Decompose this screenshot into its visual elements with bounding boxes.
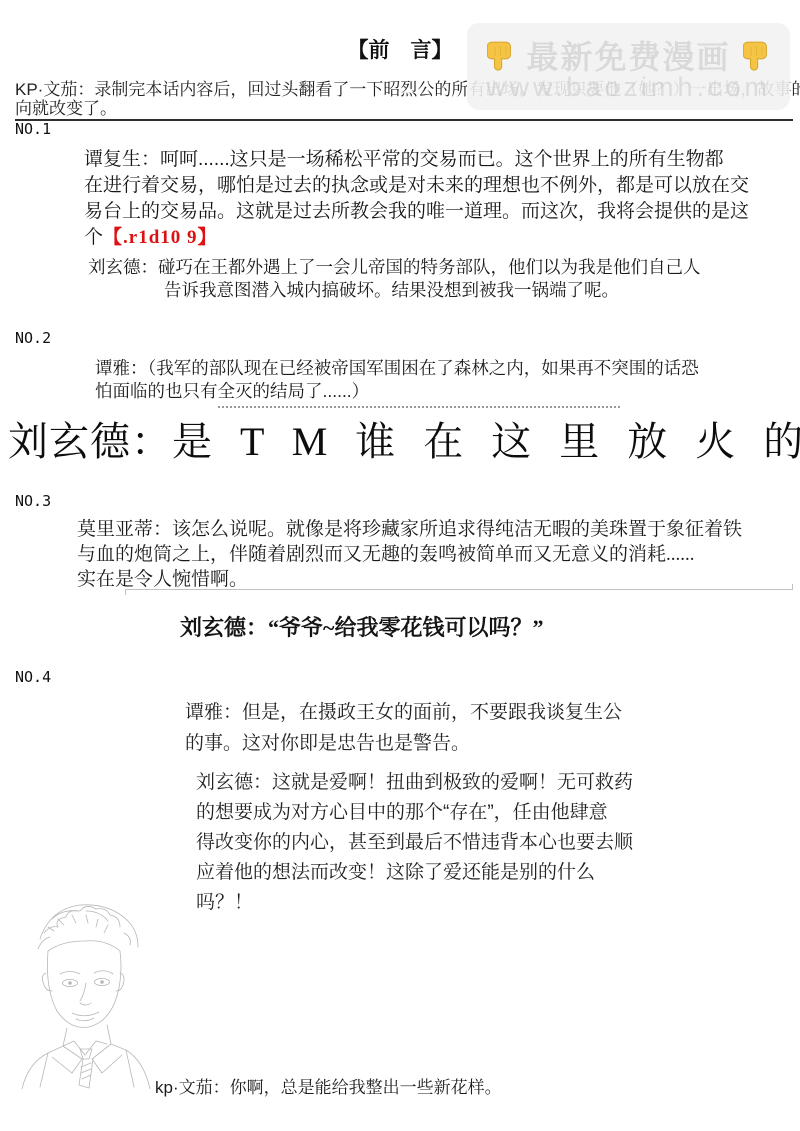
- dialogue-line: 个【.r1d10 9】: [84, 225, 749, 251]
- watermark-banner: 最新免费漫画 www.baozimh.com: [467, 23, 790, 110]
- kp-note-bottom: kp·文茄：你啊，总是能给我整出一些新花样。: [155, 1073, 502, 1098]
- dialogue-line: 莫里亚蒂：该怎么说呢。就像是将珍藏家所追求得纯洁无暇的美珠置于象征着铁: [77, 517, 742, 542]
- dialogue-line: 怕面临的也只有全灭的结局了......）: [95, 380, 699, 403]
- dialogue-line: 告诉我意图潜入城内搞破坏。结果没想到被我一锅端了呢。: [164, 279, 701, 302]
- section-label-no4: NO.4: [15, 668, 51, 686]
- dialogue-line: 谭雅：但是，在摄政王女的面前，不要跟我谈复生公: [185, 697, 622, 728]
- section-label-no1: NO.1: [15, 120, 51, 138]
- dialogue-liu-xuande-shout: 刘玄德：是 T M 谁 在 这 里 放 火 的？！: [8, 410, 798, 467]
- dialogue-line: 吗？！: [196, 888, 633, 918]
- dialogue-line: 谭雅：（我军的部队现在已经被帝国军围困在了森林之内，如果再不突围的话恐: [95, 357, 699, 380]
- dialogue-line: 在进行着交易，哪怕是过去的执念或是对未来的理想也不例外，都是可以放在交: [84, 173, 749, 199]
- dialogue-tanya-no4: 谭雅：但是，在摄政王女的面前，不要跟我谈复生公 的事。这对你即是忠告也是警告。: [185, 697, 622, 759]
- dialogue-moriarty: 莫里亚蒂：该怎么说呢。就像是将珍藏家所追求得纯洁无暇的美珠置于象征着铁 与血的炮…: [77, 517, 742, 592]
- dotted-divider: [218, 406, 620, 408]
- dialogue-line: 与血的炮筒之上，伴随着剧烈而又无趣的轰鸣被简单而又无意义的消耗......: [77, 542, 742, 567]
- dialogue-line: 易台上的交易品。这就是过去所教会我的唯一道理。而这次，我将会提供的是这: [84, 199, 749, 225]
- pointing-down-icon: [743, 40, 770, 71]
- section-label-no2: NO.2: [15, 329, 51, 347]
- document-page: 【前 言】 KP·文茄：录制完本话内容后，回过头翻看了一下昭烈公的所有出场。发现…: [0, 0, 800, 1131]
- dialogue-tan-fusheng: 谭复生：呵呵......这只是一场稀松平常的交易而已。这个世界上的所有生物都 在…: [84, 147, 749, 251]
- dialogue-line: 的想要成为对方心目中的那个“存在”，任由他肆意: [196, 798, 633, 828]
- dialogue-line-prefix: 个: [84, 227, 103, 248]
- dialogue-line: 谭复生：呵呵......这只是一场稀松平常的交易而已。这个世界上的所有生物都: [84, 147, 749, 173]
- dialogue-line: 的事。这对你即是忠告也是警告。: [185, 728, 622, 759]
- sketch-portrait: [10, 897, 162, 1089]
- dialogue-liu-xuande-quote: 刘玄德：“爷爷~给我零花钱可以吗？”: [180, 611, 543, 642]
- dialogue-line: 刘玄德：碰巧在王都外遇上了一会儿帝国的特务部队，他们以为我是他们自己人: [88, 256, 701, 279]
- dice-roll-text: 【.r1d10 9】: [103, 227, 218, 248]
- section-label-no3: NO.3: [15, 492, 51, 510]
- faint-divider: [125, 589, 793, 590]
- watermark-url: www.baozimh.com: [486, 72, 771, 103]
- dialogue-tanya-no2: 谭雅：（我军的部队现在已经被帝国军围困在了森林之内，如果再不突围的话恐 怕面临的…: [95, 357, 699, 403]
- dialogue-liu-xuande-no4: 刘玄德：这就是爱啊！扭曲到极致的爱啊！无可救药 的想要成为对方心目中的那个“存在…: [196, 768, 633, 918]
- dialogue-line: 得改变你的内心，甚至到最后不惜违背本心也要去顺: [196, 828, 633, 858]
- dialogue-line: 刘玄德：这就是爱啊！扭曲到极致的爱啊！无可救药: [196, 768, 633, 798]
- dialogue-line: 应着他的想法而改变！这除了爱还能是别的什么: [196, 858, 633, 888]
- pointing-down-icon: [487, 40, 514, 71]
- dialogue-liu-xuande-no1: 刘玄德：碰巧在王都外遇上了一会儿帝国的特务部队，他们以为我是他们自己人 告诉我意…: [88, 256, 701, 302]
